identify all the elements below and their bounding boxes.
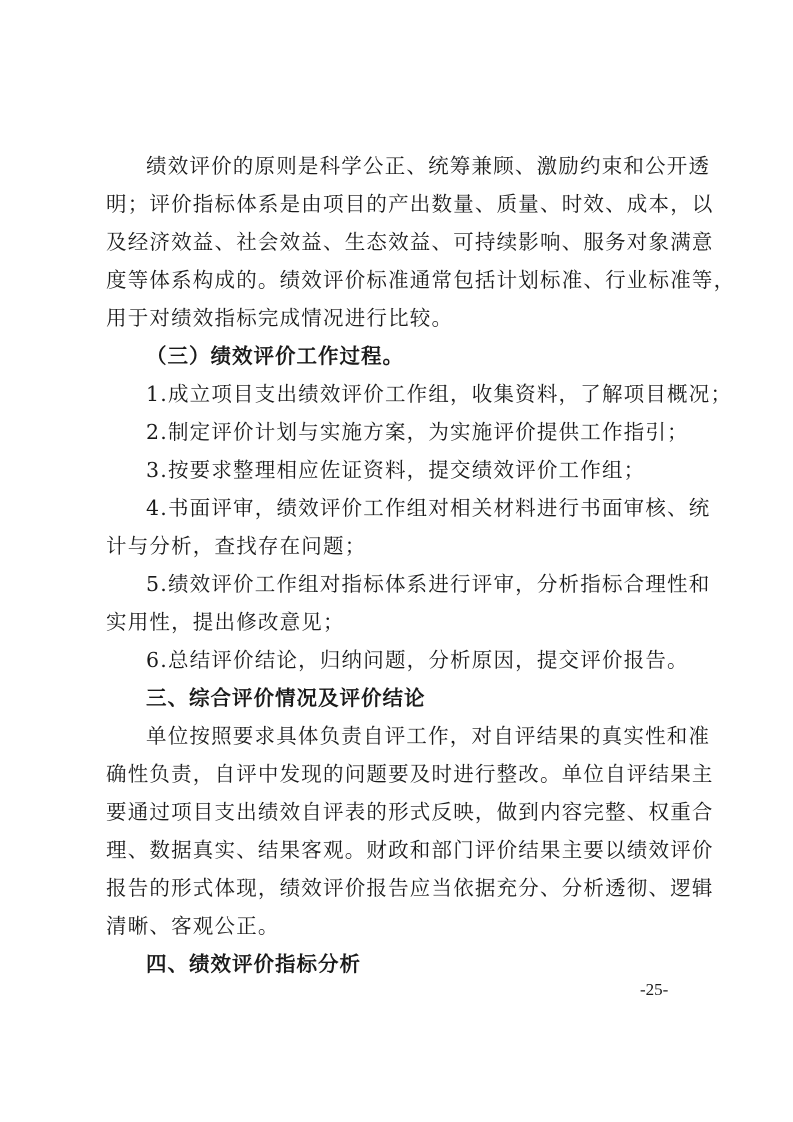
text-line: 6.总结评价结论，归纳问题，分析原因，提交评价报告。 [146,646,736,674]
text-line: 要通过项目支出绩效自评表的形式反映，做到内容完整、权重合 [106,798,696,826]
document-page: 绩效评价的原则是科学公正、统筹兼顾、激励约束和公开透明；评价指标体系是由项目的产… [0,0,793,1122]
section-heading: （三）绩效评价工作过程。 [146,342,736,370]
text-line: 及经济效益、社会效益、生态效益、可持续影响、服务对象满意 [106,228,696,256]
text-line: 5.绩效评价工作组对指标体系进行评审，分析指标合理性和 [146,570,736,598]
text-line: 用于对绩效指标完成情况进行比较。 [106,304,696,332]
text-line: 清晰、客观公正。 [106,912,696,940]
text-line: 明；评价指标体系是由项目的产出数量、质量、时效、成本，以 [106,190,696,218]
text-line: 2.制定评价计划与实施方案，为实施评价提供工作指引； [146,418,736,446]
text-line: 计与分析，查找存在问题； [106,532,696,560]
text-line: 1.成立项目支出绩效评价工作组，收集资料，了解项目概况； [146,380,736,408]
text-line: 单位按照要求具体负责自评工作，对自评结果的真实性和准 [146,722,736,750]
text-line: 度等体系构成的。绩效评价标准通常包括计划标准、行业标准等， [106,266,696,294]
section-heading: 三、综合评价情况及评价结论 [146,684,736,712]
page-number: -25- [640,980,668,1000]
section-heading: 四、绩效评价指标分析 [146,950,736,978]
text-line: 确性负责，自评中发现的问题要及时进行整改。单位自评结果主 [106,760,696,788]
text-line: 4.书面评审，绩效评价工作组对相关材料进行书面审核、统 [146,494,736,522]
text-line: 3.按要求整理相应佐证资料，提交绩效评价工作组； [146,456,736,484]
text-line: 报告的形式体现，绩效评价报告应当依据充分、分析透彻、逻辑 [106,874,696,902]
text-line: 理、数据真实、结果客观。财政和部门评价结果主要以绩效评价 [106,836,696,864]
text-line: 绩效评价的原则是科学公正、统筹兼顾、激励约束和公开透 [146,152,736,180]
text-line: 实用性，提出修改意见； [106,608,696,636]
